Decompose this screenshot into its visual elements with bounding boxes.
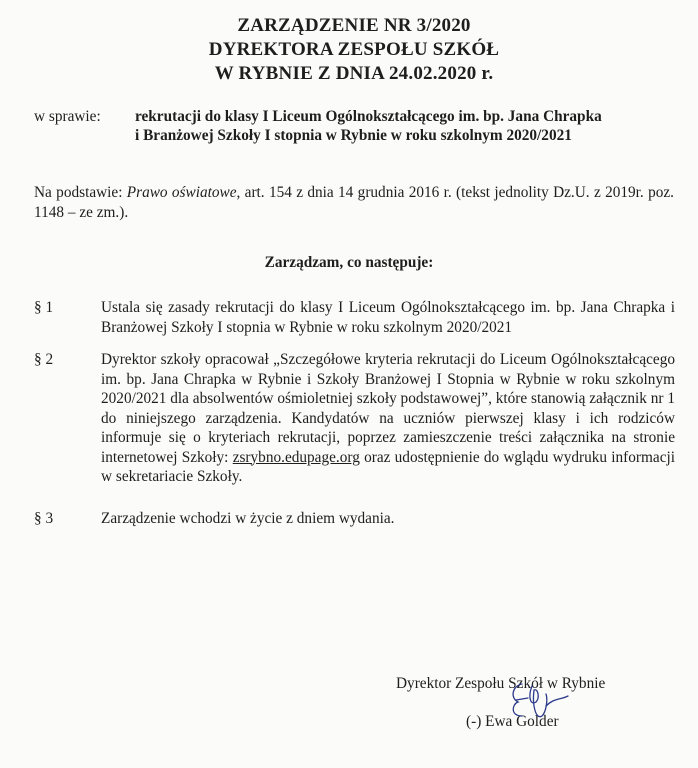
paragraph-number: § 1 [34, 298, 84, 318]
basis-prefix: Na podstawie: [34, 184, 127, 201]
title-line: W RYBNIE Z DNIA 24.02.2020 r. [0, 62, 698, 86]
title-line: ZARZĄDZENIE NR 3/2020 [0, 14, 698, 38]
subject-line: i Branżowej Szkoły I stopnia w Rybnie w … [135, 126, 675, 145]
decree-heading: Zarządzam, co następuje: [0, 254, 698, 272]
basis-act-name: Prawo oświatowe [127, 184, 237, 201]
paragraph-number: § 3 [34, 509, 84, 529]
paragraph-number: § 2 [34, 350, 84, 370]
document-title: ZARZĄDZENIE NR 3/2020 DYREKTORA ZESPOŁU … [0, 14, 698, 86]
paragraph-text: Zarządzenie wchodzi w życie z dniem wyda… [101, 509, 675, 529]
title-line: DYREKTORA ZESPOŁU SZKÓŁ [0, 38, 698, 62]
handwritten-signature-icon [502, 676, 582, 722]
school-website-link[interactable]: zsrybno.edupage.org [233, 449, 360, 466]
legal-basis: Na podstawie: Prawo oświatowe, art. 154 … [34, 183, 674, 223]
subject-label: w sprawie: [34, 107, 101, 126]
paragraph-text: Dyrektor szkoły opracował „Szczegółowe k… [101, 350, 675, 487]
paragraph-text: Ustala się zasady rekrutacji do klasy I … [101, 298, 675, 337]
subject-text: rekrutacji do klasy I Liceum Ogólnokszta… [135, 107, 675, 145]
subject-line: rekrutacji do klasy I Liceum Ogólnokszta… [135, 107, 675, 126]
document-page: ZARZĄDZENIE NR 3/2020 DYREKTORA ZESPOŁU … [0, 0, 698, 768]
